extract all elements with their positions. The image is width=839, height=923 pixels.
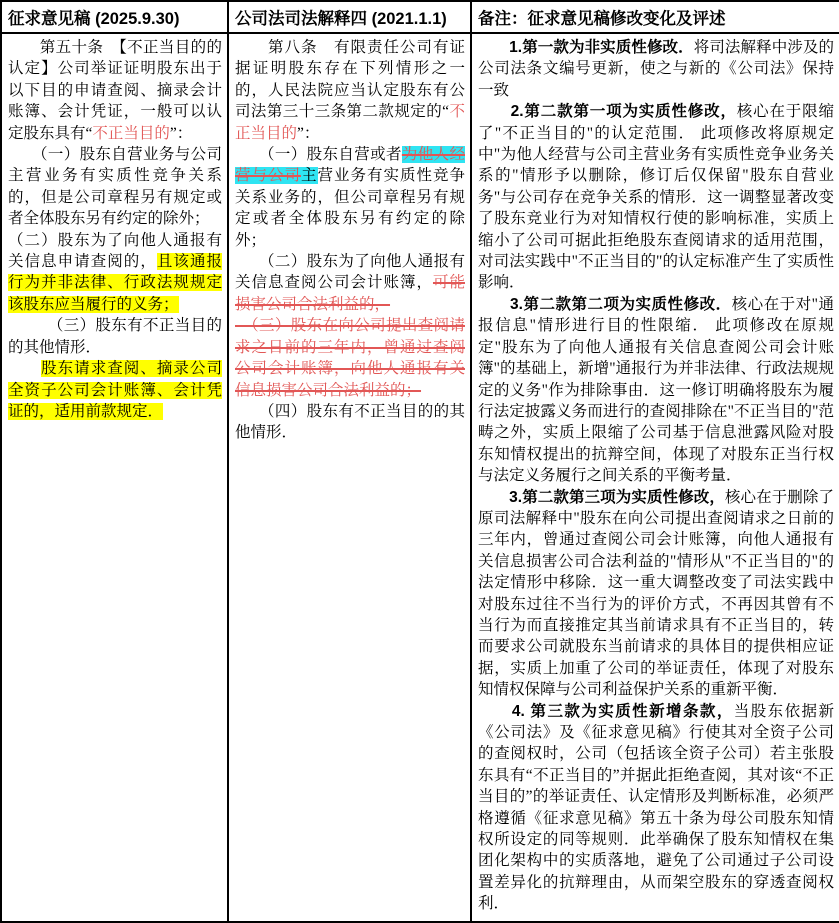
paragraph: 2.第二款第一项为实质性修改，核心在于限缩了"不正当目的"的认定范围． 此项修改… — [478, 101, 834, 294]
paragraph: （四）股东有不正当目的的其他情形． — [235, 401, 465, 444]
paragraph: 股东请求查阅、摘录公司全资子公司会计账簿、会计凭证的，适用前款规定． — [8, 358, 222, 422]
header-row: 征求意见稿 (2025.9.30) 公司法司法解释四 (2021.1.1) 备注… — [1, 1, 839, 33]
text-run-bold: 4. 第三款为实质性新增条款， — [478, 703, 734, 720]
paragraph: 3.第二款第二项为实质性修改．核心在于对"通报信息"情形进行目的性限缩． 此项修… — [478, 294, 834, 487]
paragraph: 1.第一款为非实质性修改．将司法解释中涉及的公司法条文编号更新，使之与新的《公司… — [478, 37, 834, 101]
paragraph: （一）股东自营或者为他人经营与公司主营业务有实质性竞争关系业务的，但公司章程另有… — [235, 144, 465, 251]
paragraph: （二）股东为了向他人通报有关信息查阅公司会计账簿，可能损害公司合法利益的， — [235, 251, 465, 315]
comparison-table: 征求意见稿 (2025.9.30) 公司法司法解释四 (2021.1.1) 备注… — [0, 0, 839, 923]
text-run-n: 核心在于限缩了"不正当目的"的认定范围． 此项修改将原规定中"为他人经营与公司主… — [478, 103, 834, 291]
paragraph: （二）股东为了向他人通报有关信息申请查阅的，且该通报行为并非法律、行政法规规定该… — [8, 230, 222, 316]
paragraph: （一）股东自营业务与公司主营业务有实质性竞争关系的，但是公司章程另有规定或者全体… — [8, 144, 222, 230]
text-run-red: 不正当目的 — [92, 125, 170, 142]
content-row: 第五十条 【不正当目的的认定】公司举证证明股东出于以下目的申请查阅、摘录会计账簿… — [1, 33, 839, 922]
paragraph: （三）股东有不正当目的的其他情形． — [8, 315, 222, 358]
text-run-redstrike: （三）股东在向公司提出查阅请求之日前的三年内，曾通过查阅公司会计账簿，向他人通报… — [235, 317, 465, 398]
text-run-n: 核心在于删除了原司法解释中"股东在向公司提出查阅请求之日前的三年内，曾通过查阅公… — [478, 489, 834, 699]
cell-remarks-text: 1.第一款为非实质性修改．将司法解释中涉及的公司法条文编号更新，使之与新的《公司… — [471, 33, 839, 922]
paragraph: （三）股东在向公司提出查阅请求之日前的三年内，曾通过查阅公司会计账簿，向他人通报… — [235, 315, 465, 401]
text-run-n: （二）股东为了向他人通报有关信息查阅公司会计账簿， — [235, 253, 465, 291]
text-run-n: （三）股东有不正当目的的其他情形． — [8, 317, 222, 355]
text-run-bold: 3.第二款第三项为实质性修改， — [478, 489, 725, 506]
text-run-n: ”： — [297, 125, 319, 142]
paragraph: 第五十条 【不正当目的的认定】公司举证证明股东出于以下目的申请查阅、摘录会计账簿… — [8, 37, 222, 144]
text-run-yellow: 股东请求查阅、摘录公司全资子公司会计账簿、会计凭证的，适用前款规定． — [8, 360, 222, 420]
text-run-n: 第八条 有限责任公司有证据证明股东存在下列情形之一的，人民法院应当认定股东有公司… — [235, 39, 465, 120]
text-run-cyan: 主 — [301, 167, 318, 184]
text-run-n: 核心在于对"通报信息"情形进行目的性限缩． 此项修改在原规定"股东为了向他人通报… — [478, 296, 834, 484]
text-run-n: （一）股东自营或者 — [235, 146, 402, 163]
cell-draft-text: 第五十条 【不正当目的的认定】公司举证证明股东出于以下目的申请查阅、摘录会计账簿… — [1, 33, 228, 922]
column-header-draft: 征求意见稿 (2025.9.30) — [1, 1, 228, 33]
text-run-n: （一）股东自营业务与公司主营业务有实质性竞争关系的，但是公司章程另有规定或者全体… — [8, 146, 222, 227]
text-run-bold: 1.第一款为非实质性修改． — [478, 39, 694, 56]
paragraph: 3.第二款第三项为实质性修改，核心在于删除了原司法解释中"股东在向公司提出查阅请… — [478, 487, 834, 701]
column-header-remarks: 备注：征求意见稿修改变化及评述 — [471, 1, 839, 33]
paragraph: 4. 第三款为实质性新增条款，当股东依据新《公司法》及《征求意见稿》行使其对全资… — [478, 701, 834, 915]
text-run-bold: 2.第二款第一项为实质性修改， — [478, 103, 737, 120]
paragraph: 第八条 有限责任公司有证据证明股东存在下列情形之一的，人民法院应当认定股东有公司… — [235, 37, 465, 144]
text-run-n: ”： — [170, 125, 192, 142]
text-run-bold: 3.第二款第二项为实质性修改． — [478, 296, 732, 313]
text-run-n: 当股东依据新《公司法》及《征求意见稿》行使其对全资子公司的查阅权时，公司（包括该… — [478, 703, 834, 913]
cell-interpretation-text: 第八条 有限责任公司有证据证明股东存在下列情形之一的，人民法院应当认定股东有公司… — [228, 33, 471, 922]
column-header-interpretation: 公司法司法解释四 (2021.1.1) — [228, 1, 471, 33]
text-run-n — [8, 360, 41, 377]
text-run-n: （四）股东有不正当目的的其他情形． — [235, 403, 465, 441]
